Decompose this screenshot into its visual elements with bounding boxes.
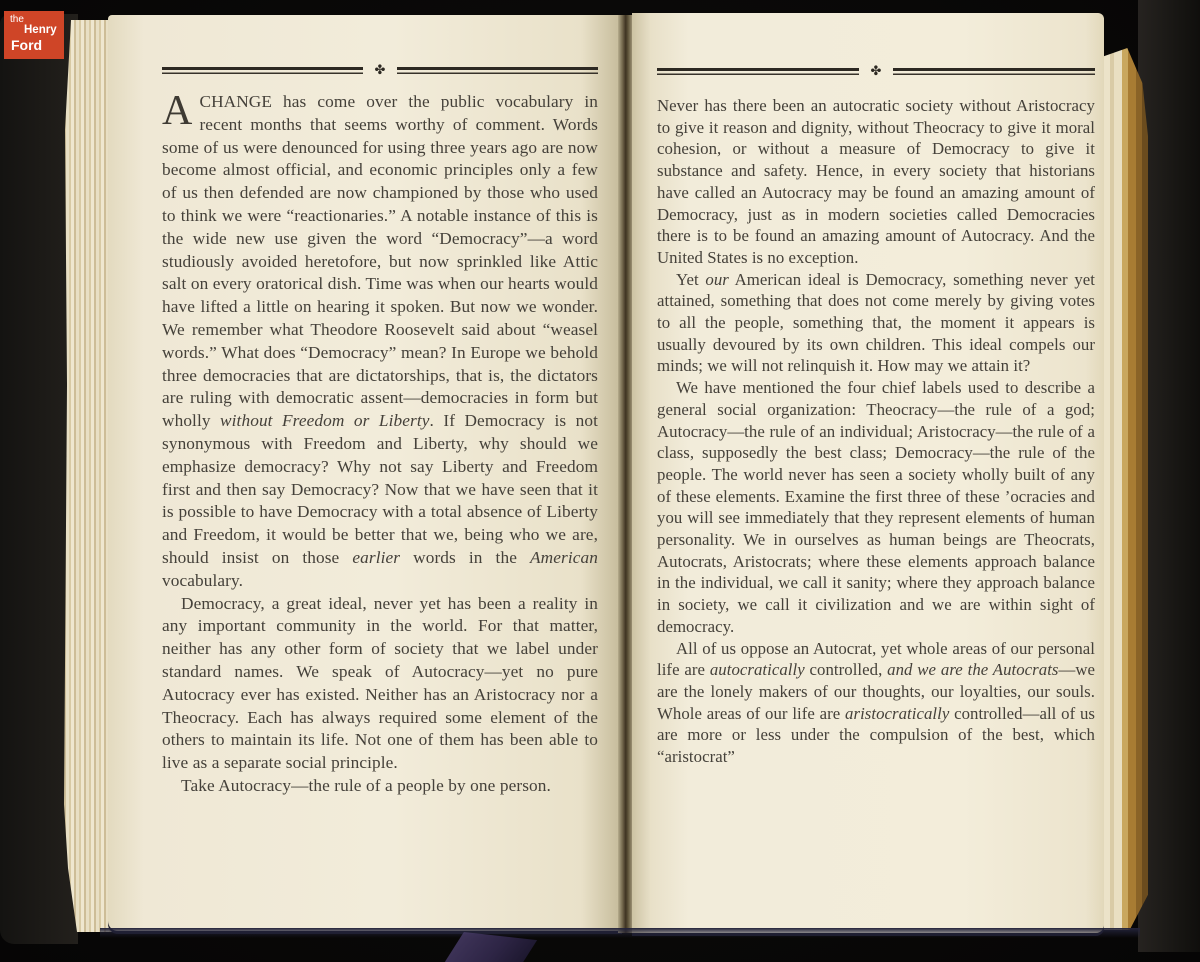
paragraph: Democracy, a great ideal, never yet has … xyxy=(162,593,598,775)
paragraph: All of us oppose an Autocrat, yet whole … xyxy=(657,638,1095,768)
italic-text: earlier xyxy=(352,548,400,567)
right-page-text: Never has there been an autocratic socie… xyxy=(657,95,1095,768)
header-rule-right: ✤ xyxy=(657,68,1095,76)
body-text: controlled, xyxy=(805,660,887,679)
italic-text: autocratically xyxy=(710,660,805,679)
italic-text: aristocratically xyxy=(845,704,949,723)
double-rule-right xyxy=(893,68,1095,76)
body-text: We have mentioned the four chief labels … xyxy=(657,378,1095,636)
logo-word-ford: Ford xyxy=(11,38,64,52)
henry-ford-logo: the Henry Ford xyxy=(4,11,64,59)
paragraph: We have mentioned the four chief labels … xyxy=(657,377,1095,637)
italic-text: and we are the Autocrats xyxy=(887,660,1058,679)
body-text: words in the xyxy=(400,548,530,567)
body-text: Never has there been an autocratic socie… xyxy=(657,96,1095,267)
paragraph: Yet our American ideal is Democracy, som… xyxy=(657,269,1095,378)
drop-cap: A xyxy=(162,91,199,129)
body-text: . If Democracy is not synonymous with Fr… xyxy=(162,411,598,567)
left-page-text: ACHANGE has come over the public vocabul… xyxy=(162,91,598,798)
fleuron-ornament-icon: ✤ xyxy=(859,68,894,76)
fleuron-ornament-icon: ✤ xyxy=(363,67,398,75)
double-rule-left xyxy=(162,67,363,75)
body-text: Take Autocracy—the rule of a people by o… xyxy=(181,776,551,795)
logo-word-henry: Henry xyxy=(24,25,64,37)
paragraph: Never has there been an autocratic socie… xyxy=(657,95,1095,269)
paragraph: ACHANGE has come over the public vocabul… xyxy=(162,91,598,593)
header-rule-left: ✤ xyxy=(162,67,598,75)
left-page: ✤ ACHANGE has come over the public vocab… xyxy=(108,15,622,931)
italic-text: American xyxy=(530,548,598,567)
page-bottom-shadow xyxy=(100,928,1140,938)
body-text: CHANGE has come over the public vocabula… xyxy=(162,92,598,430)
body-text: Yet xyxy=(676,270,705,289)
page-edges-left xyxy=(64,20,114,932)
page-edges-right xyxy=(1102,48,1148,930)
body-text: vocabulary. xyxy=(162,571,243,590)
italic-text: without Freedom or Liberty xyxy=(220,411,429,430)
paragraph: Take Autocracy—the rule of a people by o… xyxy=(162,775,598,798)
body-text: Democracy, a great ideal, never yet has … xyxy=(162,594,598,773)
right-page: ✤ Never has there been an autocratic soc… xyxy=(632,13,1104,933)
double-rule-left xyxy=(657,68,859,76)
double-rule-right xyxy=(397,67,598,75)
italic-text: our xyxy=(705,270,728,289)
